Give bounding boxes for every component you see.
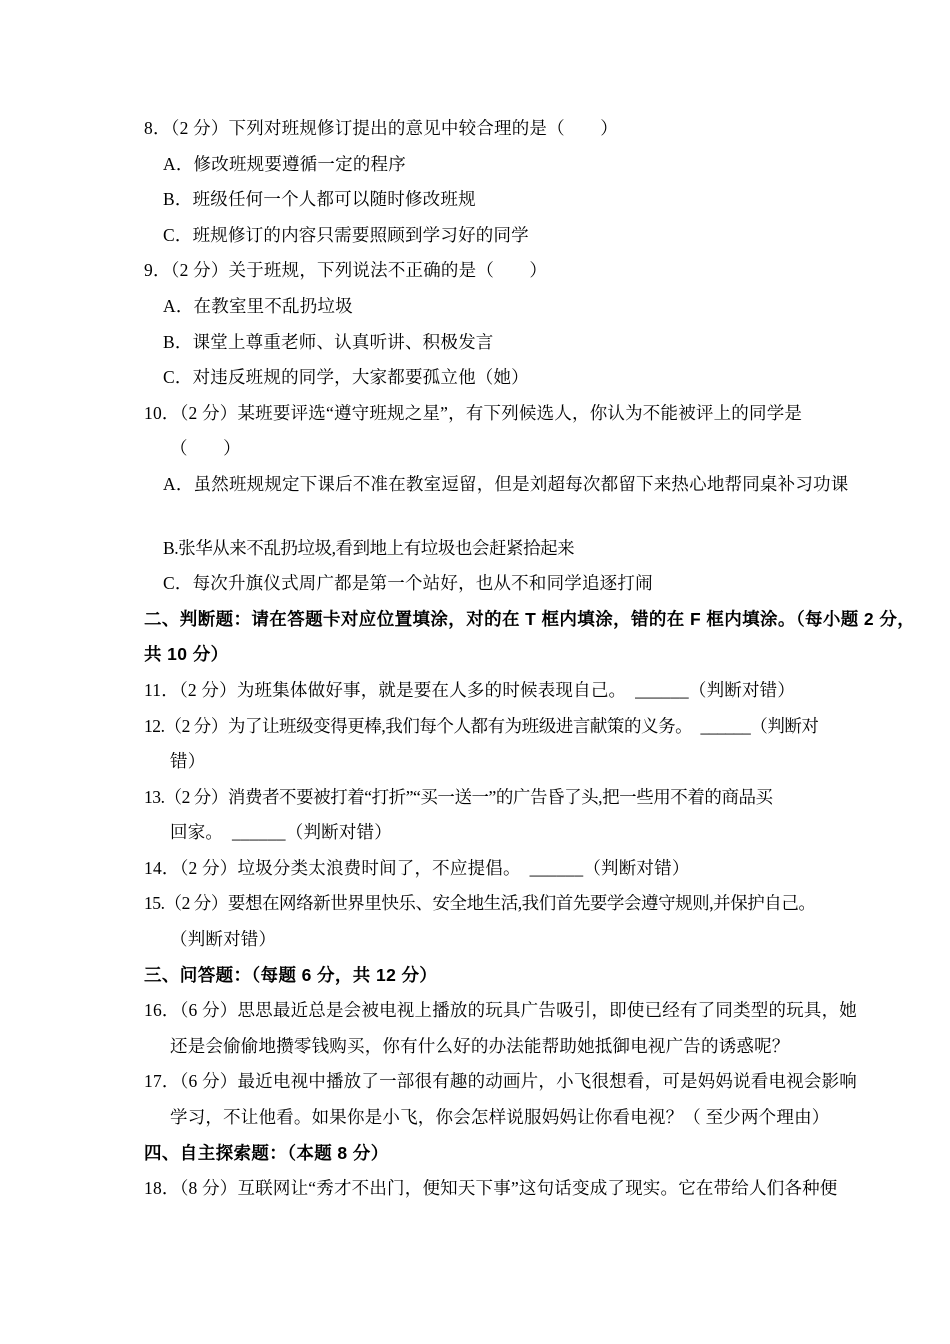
question-14-text: 14．（2 分）垃圾分类太浪费时间了，不应提倡。 ______（判断对错） <box>0 851 950 887</box>
question-9-option-a: A．在教室里不乱扔垃圾 <box>0 289 950 325</box>
question-17-text-line1: 17．（6 分）最近电视中播放了一部很有趣的动画片，小飞很想看，可是妈妈说看电视… <box>0 1064 950 1100</box>
question-9-option-b: B．课堂上尊重老师、认真听讲、积极发言 <box>0 325 950 361</box>
question-12-text-line2: 错） <box>0 744 950 780</box>
section-3-short-answer-header: 三、问答题：（每题 6 分，共 12 分） <box>0 958 950 994</box>
question-13-text-line1: 13.（2 分）消费者不要被打着“打折”“买一送一”的广告昏了头,把一些用不着的… <box>0 780 950 816</box>
question-9-option-c: C．对违反班规的同学，大家都要孤立他（她） <box>0 360 950 396</box>
question-12-text-line1: 12.（2 分）为了让班级变得更棒,我们每个人都有为班级进言献策的义务。 ___… <box>0 709 950 745</box>
question-11-text: 11．（2 分）为班集体做好事，就是要在人多的时候表现自己。 ______（判断… <box>0 673 950 709</box>
section-4-exploration-header: 四、自主探索题：（本题 8 分） <box>0 1136 950 1172</box>
question-10-stem-line1: 10．（2 分）某班要评选“遵守班规之星”，有下列候选人，你认为不能被评上的同学… <box>0 396 950 432</box>
question-15-text-line2: （判断对错） <box>0 922 950 958</box>
section-2-true-false-header-line2: 共 10 分） <box>0 637 950 673</box>
question-15-text-line1: 15.（2 分）要想在网络新世界里快乐、安全地生活,我们首先要学会遵守规则,并保… <box>0 886 950 922</box>
question-8-option-a: A．修改班规要遵循一定的程序 <box>0 147 950 183</box>
question-16-text-line1: 16．（6 分）思思最近总是会被电视上播放的玩具广告吸引，即使已经有了同类型的玩… <box>0 993 950 1029</box>
section-2-true-false-header-line1: 二、判断题：请在答题卡对应位置填涂，对的在 T 框内填涂，错的在 F 框内填涂。… <box>0 602 950 638</box>
question-16-text-line2: 还是会偷偷地攒零钱购买，你有什么好的办法能帮助她抵御电视广告的诱惑呢？ <box>0 1029 950 1065</box>
question-10-stem-line2-answer-parens: （ ） <box>0 431 950 467</box>
question-18-text-line1: 18．（8 分）互联网让“秀才不出门，便知天下事”这句话变成了现实。它在带给人们… <box>0 1171 950 1207</box>
question-10-option-b: B.张华从来不乱扔垃圾,看到地上有垃圾也会赶紧拾起来 <box>0 531 950 567</box>
question-13-text-line2: 回家。 ______（判断对错） <box>0 815 950 851</box>
question-10-option-a: A．虽然班规规定下课后不准在教室逗留，但是刘超每次都留下来热心地帮同桌补习功课 <box>0 467 950 503</box>
question-8-stem: 8．（2 分）下列对班规修订提出的意见中较合理的是（ ） <box>0 111 950 147</box>
question-17-text-line2: 学习，不让他看。如果你是小飞，你会怎样说服妈妈让你看电视？（ 至少两个理由） <box>0 1100 950 1136</box>
question-10-option-c: C．每次升旗仪式周广都是第一个站好，也从不和同学追逐打闹 <box>0 566 950 602</box>
exam-document-page: 8．（2 分）下列对班规修订提出的意见中较合理的是（ ） A．修改班规要遵循一定… <box>0 0 950 1344</box>
question-8-option-b: B．班级任何一个人都可以随时修改班规 <box>0 182 950 218</box>
question-9-stem: 9．（2 分）关于班规，下列说法不正确的是（ ） <box>0 253 950 289</box>
question-8-option-c: C．班规修订的内容只需要照顾到学习好的同学 <box>0 218 950 254</box>
